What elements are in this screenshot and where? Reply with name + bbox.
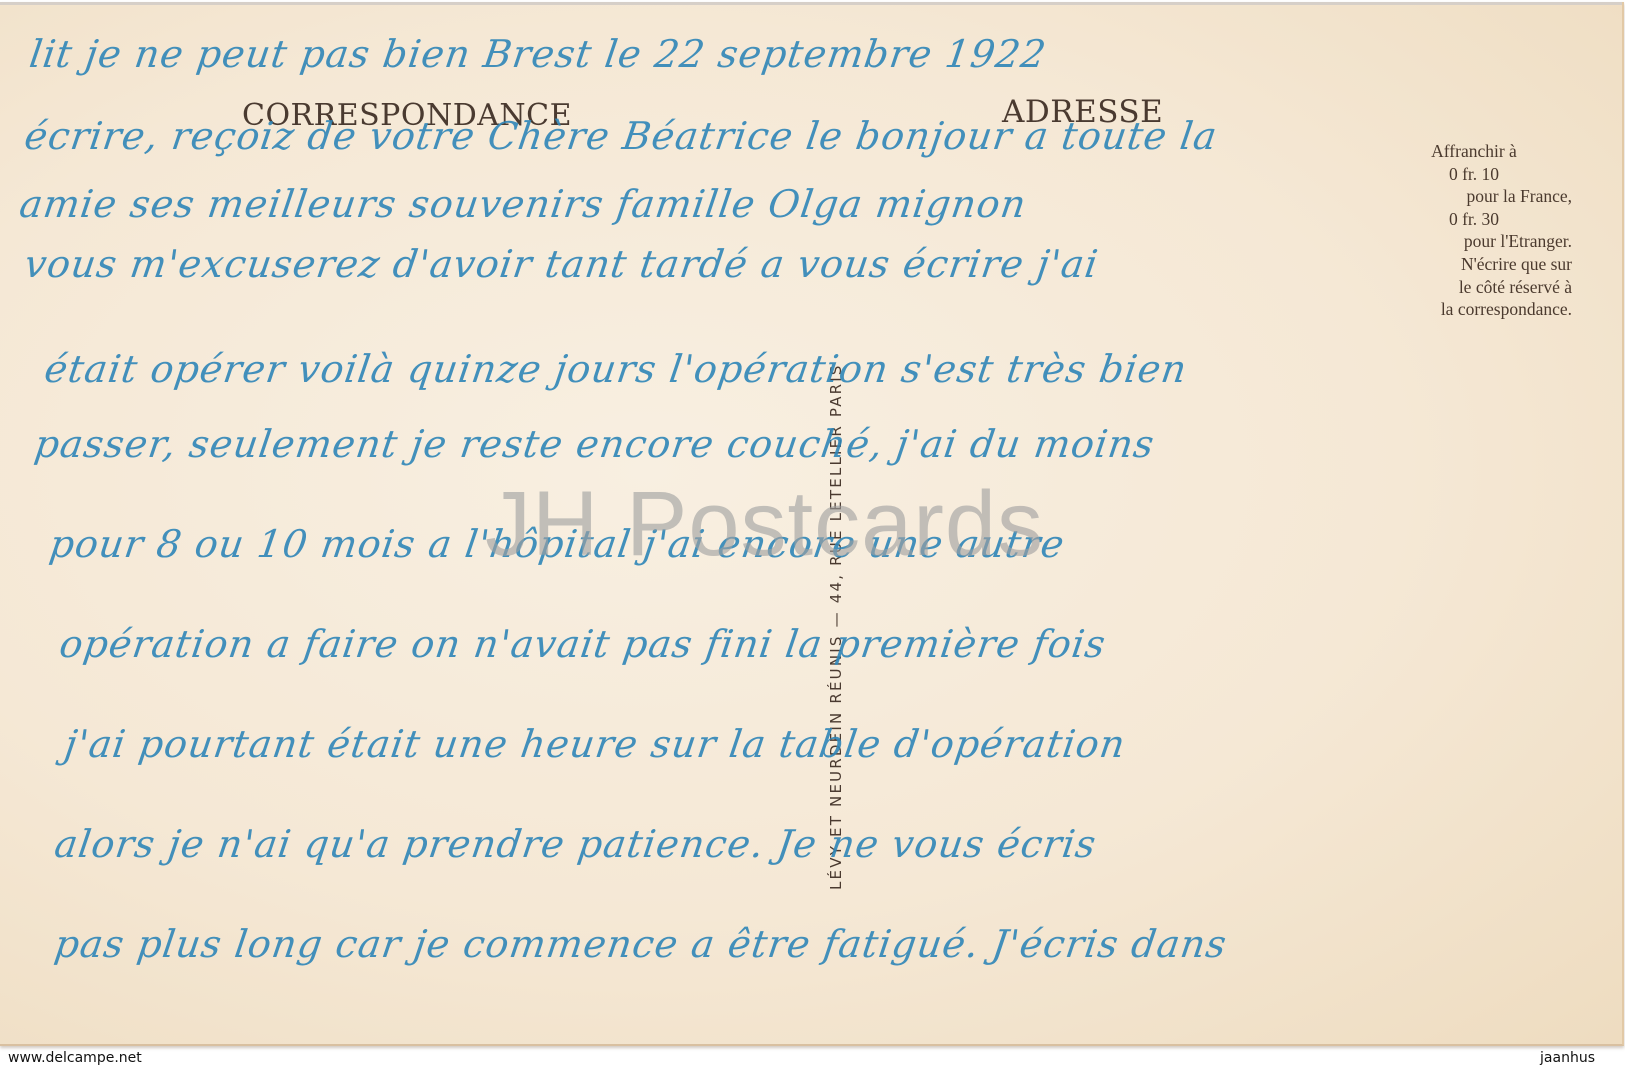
handwritten-line: opération a faire on n'avait pas fini la… (57, 622, 1109, 666)
stamp-instructions: Affranchir à 0 fr. 10 pour la France, 0 … (1352, 140, 1572, 321)
handwritten-line: lit je ne peut pas bien Brest le 22 sept… (27, 32, 1049, 76)
stamp-line: N'écrire que sur (1352, 253, 1572, 276)
stamp-line: le côté réservé à (1352, 276, 1572, 299)
footer-source-right: jaanhus (1540, 1050, 1595, 1066)
handwritten-line: alors je n'ai qu'a prendre patience. Je … (52, 822, 1099, 866)
watermark: JH Postcards (485, 472, 1044, 577)
stamp-line: Affranchir à (1352, 140, 1572, 163)
handwritten-line: passer, seulement je reste encore couché… (32, 422, 1158, 466)
stamp-line: 0 fr. 30 (1352, 208, 1572, 231)
handwritten-line: vous m'excuserez d'avoir tant tardé a vo… (22, 242, 1101, 286)
handwritten-line: pas plus long car je commence a être fat… (52, 922, 1230, 966)
handwritten-line: j'ai pourtant était une heure sur la tab… (62, 722, 1129, 766)
stamp-line: 0 fr. 10 (1352, 163, 1572, 186)
stamp-line: pour la France, (1352, 185, 1572, 208)
stamp-line: la correspondance. (1352, 298, 1572, 321)
postcard-back: CORRESPONDANCE ADRESSE Affranchir à 0 fr… (0, 2, 1624, 1046)
footer-source-left: www.delcampe.net (8, 1050, 142, 1066)
handwritten-line: était opérer voilà quinze jours l'opérat… (42, 347, 1190, 391)
card-top-edge (0, 2, 1622, 5)
handwritten-line: écrire, reçoiz de votre Chère Béatrice l… (22, 114, 1220, 158)
handwritten-line: amie ses meilleurs souvenirs famille Olg… (17, 182, 1030, 226)
stamp-line: pour l'Etranger. (1352, 230, 1572, 253)
